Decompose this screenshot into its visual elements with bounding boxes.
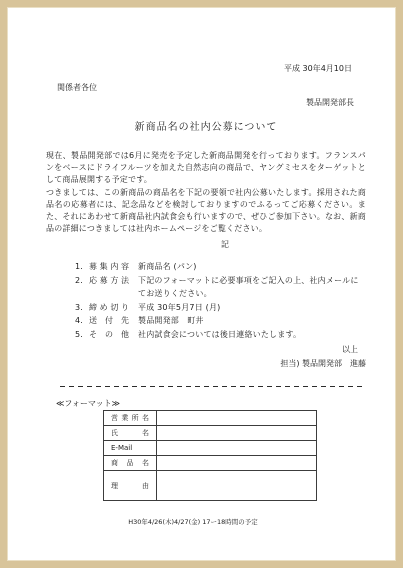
- row-label-cell: 理由: [104, 471, 157, 501]
- row-label-cell: 営業所名: [104, 411, 157, 426]
- list-item: 4. 送付先 製品開発部 町井: [75, 314, 366, 328]
- notice-list: 1. 募集内容 新商品名 (パン) 2. 応募方法 下記のフォーマットに必要事項…: [46, 260, 366, 341]
- row-value-cell: [157, 471, 317, 501]
- format-heading: ≪フォーマット≫: [56, 398, 366, 410]
- body-paragraphs: 現在、製品開発部では6月に発売を予定した新商品開発を行っております。フランスパン…: [46, 150, 366, 235]
- list-item: 2. 応募方法 下記のフォーマットに必要事項をご記入の上、社内メールにてお送りく…: [75, 274, 366, 301]
- item-label: その他: [89, 328, 129, 342]
- item-text: 平成 30年5月7日 (月): [138, 301, 366, 315]
- item-number: 3.: [75, 301, 89, 315]
- format-table-body: 営業所名 氏名 E-Mail 商品名: [104, 411, 317, 501]
- item-number: 4.: [75, 314, 89, 328]
- list-item: 3. 締め切り 平成 30年5月7日 (月): [75, 301, 366, 315]
- item-label: 応募方法: [89, 274, 129, 301]
- recipient-line: 関係者各位: [57, 82, 366, 94]
- dashed-divider: [60, 386, 366, 387]
- item-text: 製品開発部 町井: [138, 314, 366, 328]
- paragraph: 現在、製品開発部では6月に発売を予定した新商品開発を行っております。フランスパン…: [46, 150, 366, 187]
- row-value-cell: [157, 456, 317, 471]
- document-page: 平成 30年4月10日 関係者各位 製品開発部長 新商品名の社内公募について 現…: [7, 7, 396, 561]
- document-content: 平成 30年4月10日 関係者各位 製品開発部長 新商品名の社内公募について 現…: [8, 8, 395, 526]
- item-number: 5.: [75, 328, 89, 342]
- item-label: 募集内容: [89, 260, 129, 274]
- item-number: 2.: [75, 274, 89, 301]
- table-row: 商品名: [104, 456, 317, 471]
- row-label-cell: 商品名: [104, 456, 157, 471]
- row-value-cell: [157, 426, 317, 441]
- row-value-cell: [157, 411, 317, 426]
- item-text: 下記のフォーマットに必要事項をご記入の上、社内メールにてお送りください。: [138, 274, 366, 301]
- document-title: 新商品名の社内公募について: [46, 121, 366, 135]
- item-text: 新商品名 (パン): [138, 260, 366, 274]
- list-item: 1. 募集内容 新商品名 (パン): [75, 260, 366, 274]
- item-number: 1.: [75, 260, 89, 274]
- closing-line: 以上: [46, 344, 358, 356]
- table-row: 営業所名: [104, 411, 317, 426]
- row-value-cell: [157, 441, 317, 456]
- format-table: 営業所名 氏名 E-Mail 商品名: [103, 410, 317, 501]
- table-row: 理由: [104, 471, 317, 501]
- paragraph: つきましては、この新商品の商品名を下記の要領で社内公募いたします。採用された商品…: [46, 187, 366, 236]
- footer-note: H30年4/26(木)4/27(金) 17ー18時間の予定: [46, 518, 340, 526]
- contact-line: 担当) 製品開発部 進藤: [46, 358, 366, 370]
- item-label: 締め切り: [89, 301, 129, 315]
- table-row: E-Mail: [104, 441, 317, 456]
- item-label: 送付先: [89, 314, 129, 328]
- item-text: 社内試食会については後日連絡いたします。: [138, 328, 366, 342]
- table-row: 氏名: [104, 426, 317, 441]
- row-label-cell: 氏名: [104, 426, 157, 441]
- row-label-cell: E-Mail: [104, 441, 157, 456]
- sender-line: 製品開発部長: [46, 97, 354, 109]
- list-item: 5. その他 社内試食会については後日連絡いたします。: [75, 328, 366, 342]
- notice-marker: 記: [84, 239, 366, 251]
- document-date: 平成 30年4月10日: [46, 63, 352, 75]
